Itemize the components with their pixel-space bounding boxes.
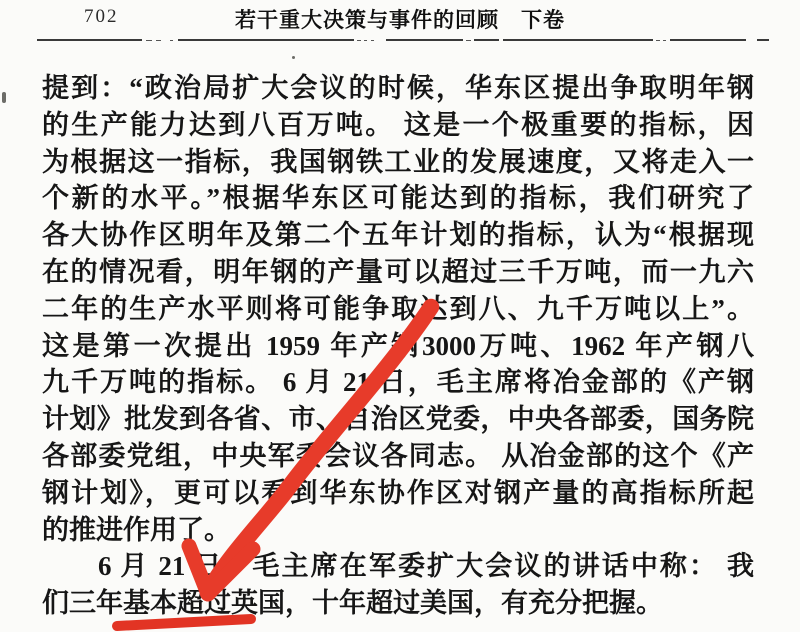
text-line-2: 的生产能力达到八百万吨。 这是一个极重要的指标，因: [42, 107, 754, 144]
body-text: 提到：“政治局扩大会议的时候，华东区提出争取明年钢 的生产能力达到八百万吨。 这…: [42, 70, 754, 622]
text-line-5: 各大协作区明年及第二个五年计划的指标，认为“根据现: [42, 217, 754, 254]
text-line-7: 二年的生产水平则将可能争取达到八、九千万吨以上”。: [42, 291, 754, 328]
text-line-9: 九千万吨的指标。 6 月 21 日，毛主席将冶金部的《产钢: [42, 364, 754, 401]
text-line-14: 6 月 21 日，毛主席在军委扩大会议的讲话中称： 我: [42, 548, 754, 585]
text-line-8: 这是第一次提出 1959 年产钢3000万吨、1962 年产钢八: [42, 328, 754, 365]
text-line-13: 的推进作用了。: [42, 512, 754, 549]
text-line-1: 提到：“政治局扩大会议的时候，华东区提出争取明年钢: [42, 70, 754, 107]
header-rule: [0, 38, 800, 42]
scan-artifact-speck: [2, 92, 6, 103]
scan-artifact-speck: [292, 56, 295, 59]
text-line-15: 们三年基本超过英国，十年超过美国，有充分把握。: [42, 585, 754, 622]
text-line-6: 在的情况看，明年钢的产量可以超过三千万吨，而一九六: [42, 254, 754, 291]
scanned-book-page: 702 若干重大决策与事件的回顾 下卷 提到：“政治局扩大会议的时候，华东区提出…: [0, 0, 800, 632]
text-line-3: 为根据这一指标，我国钢铁工业的发展速度，又将走入一: [42, 144, 754, 181]
text-line-12: 钢计划》，更可以看到华东协作区对钢产量的高指标所起: [42, 475, 754, 512]
text-line-10: 计划》批发到各省、市、自治区党委，中央各部委，国务院: [42, 401, 754, 438]
text-line-4: 个新的水平。”根据华东区可能达到的指标，我们研究了: [42, 180, 754, 217]
running-header-title: 若干重大决策与事件的回顾 下卷: [0, 4, 800, 34]
text-line-11: 各部委党组，中央军委会议各同志。 从冶金部的这个《产: [42, 438, 754, 475]
